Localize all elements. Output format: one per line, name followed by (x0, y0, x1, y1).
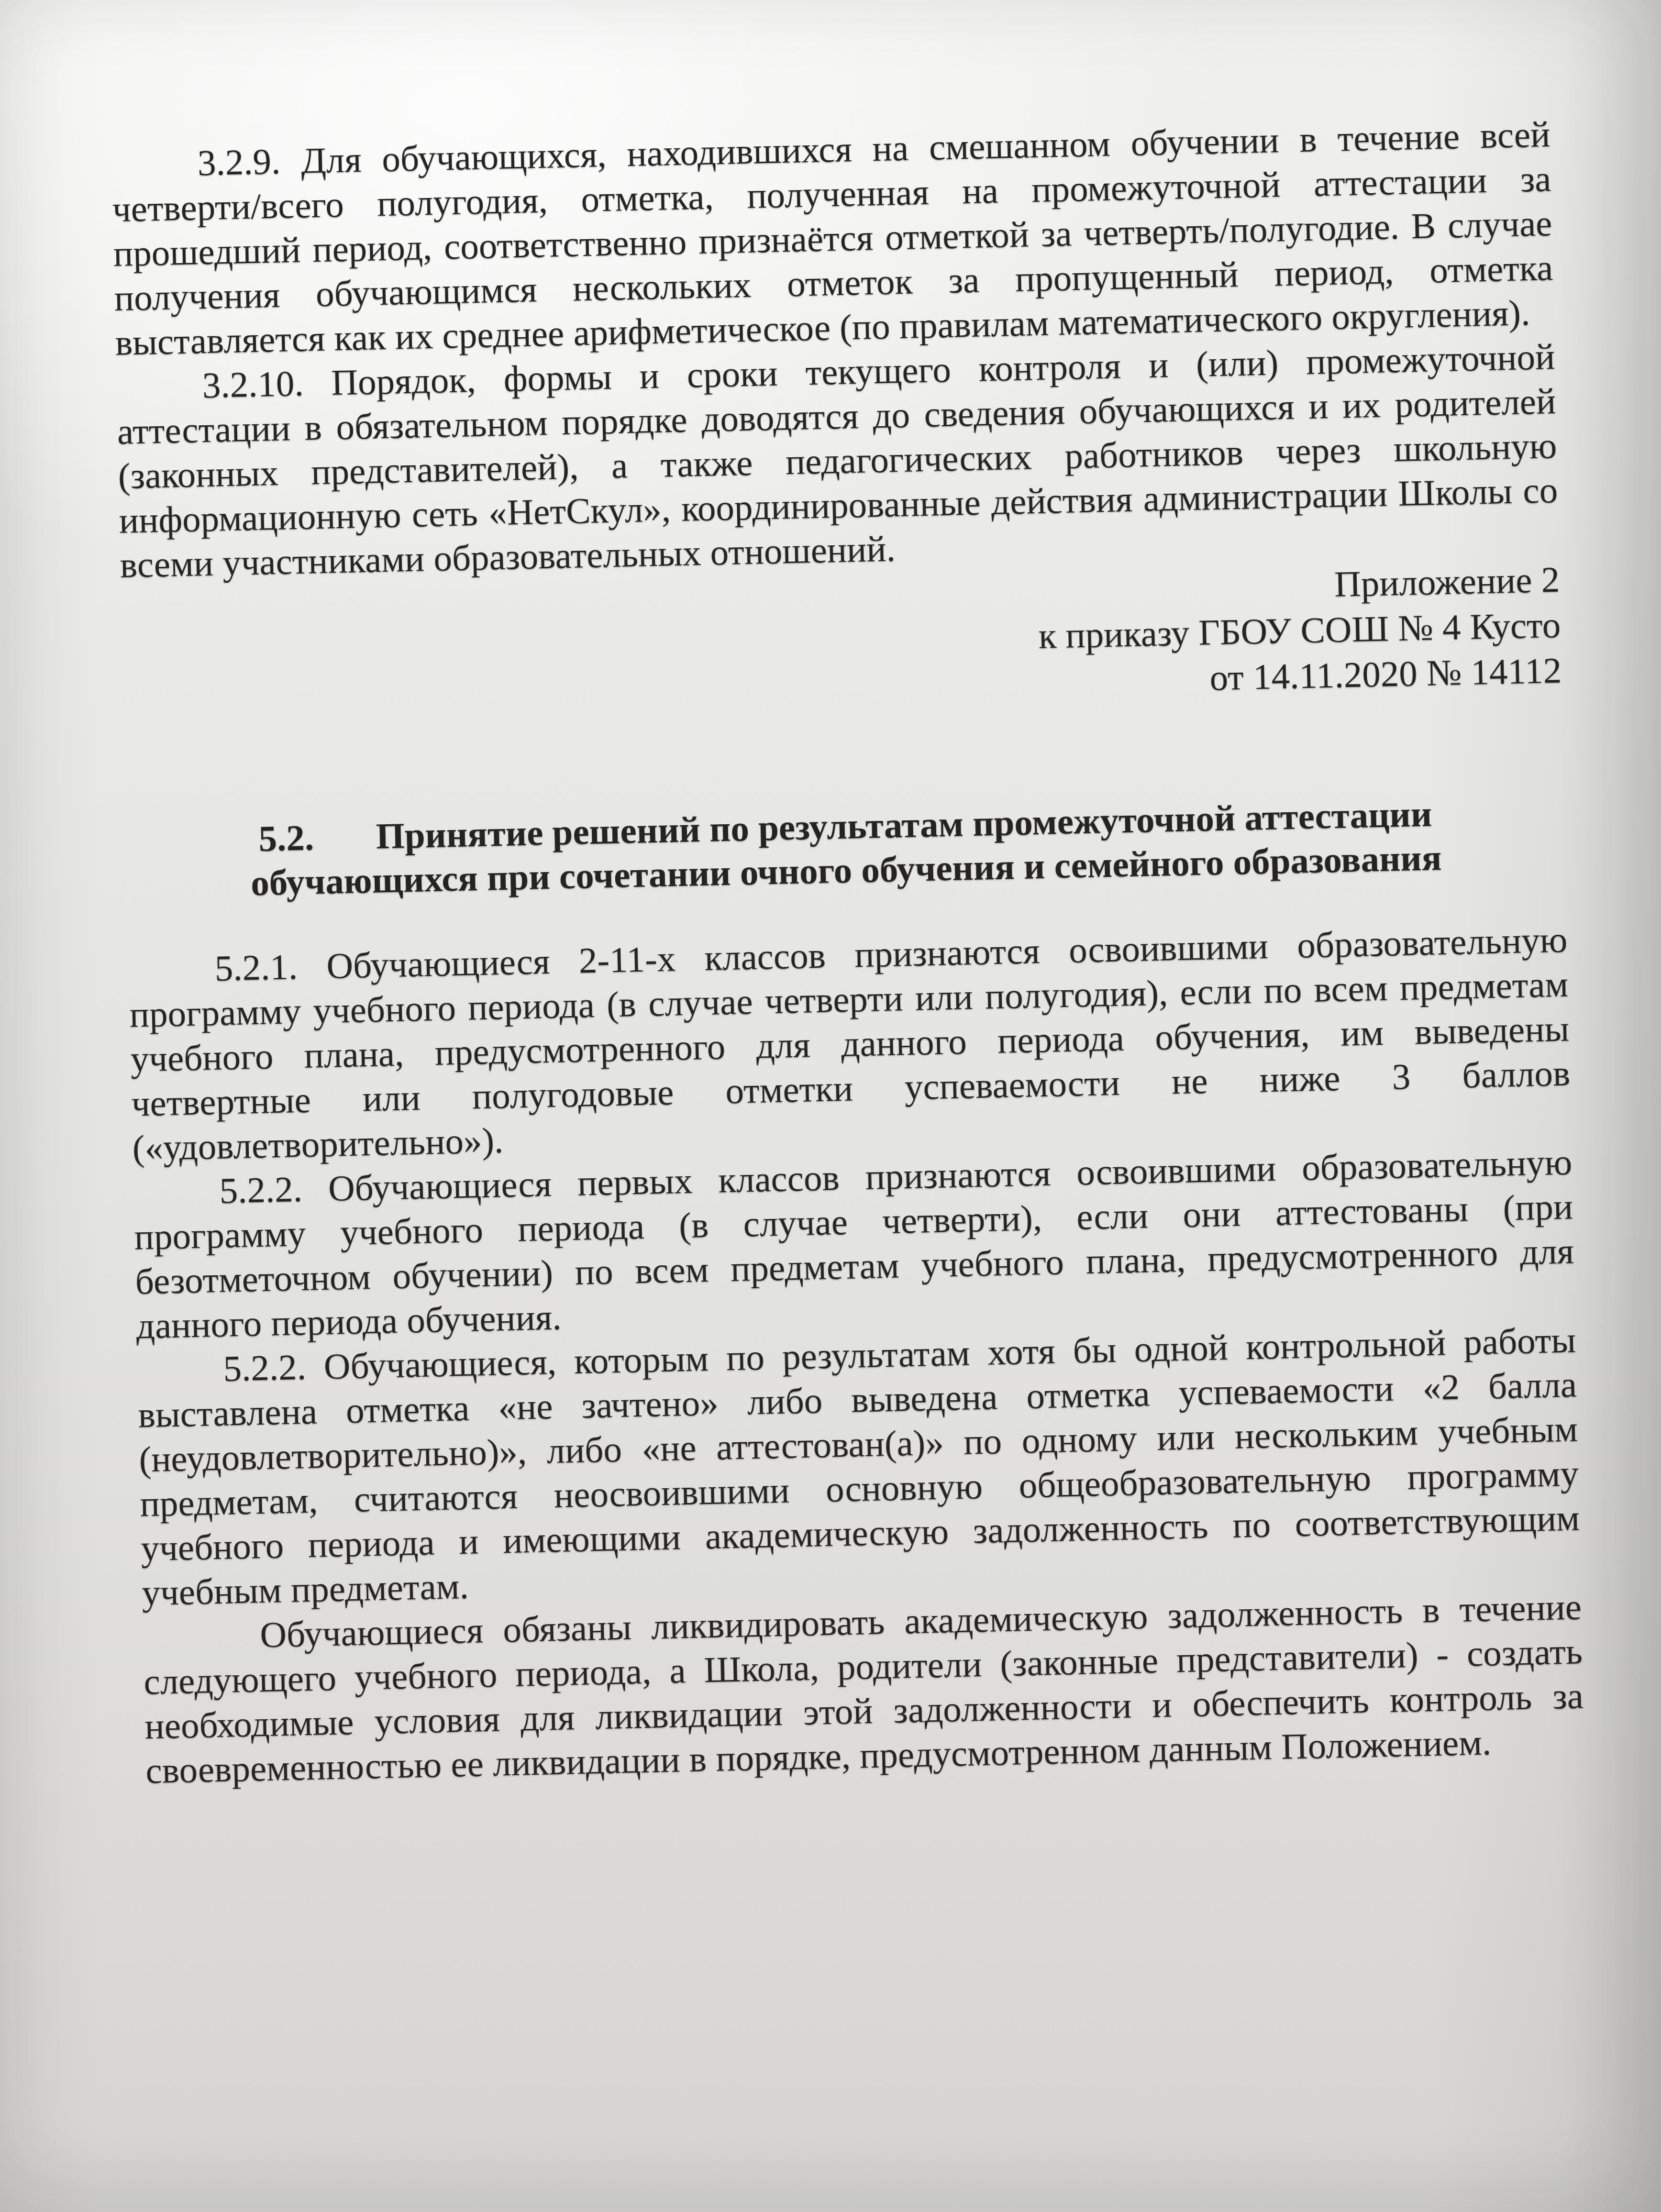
section-number: 5.2. (258, 817, 314, 859)
paragraph-3-2-9: 3.2.9. Для обучающихся, находившихся на … (111, 112, 1554, 365)
paragraph-debt-liquidation: Обучающиеся обязаны ликвидировать академ… (143, 1584, 1585, 1793)
paragraph-5-2-2-first-grades: 5.2.2. Обучающиеся первых классов призна… (133, 1139, 1575, 1348)
paragraph-5-2-1: 5.2.1. Обучающиеся 2-11-х классов призна… (128, 918, 1572, 1171)
paragraph-3-2-10: 3.2.10. Порядок, формы и сроки текущего … (116, 334, 1559, 587)
document-content: 3.2.9. Для обучающихся, находившихся на … (111, 112, 1585, 1793)
paragraph-5-2-2-academic-debt: 5.2.2. Обучающиеся, которым по результат… (137, 1317, 1581, 1615)
scanned-document-page: 3.2.9. Для обучающихся, находившихся на … (0, 0, 1661, 2212)
heading-tab-gap (314, 849, 376, 850)
section-heading: 5.2.Принятие решений по результатам пром… (125, 789, 1566, 907)
